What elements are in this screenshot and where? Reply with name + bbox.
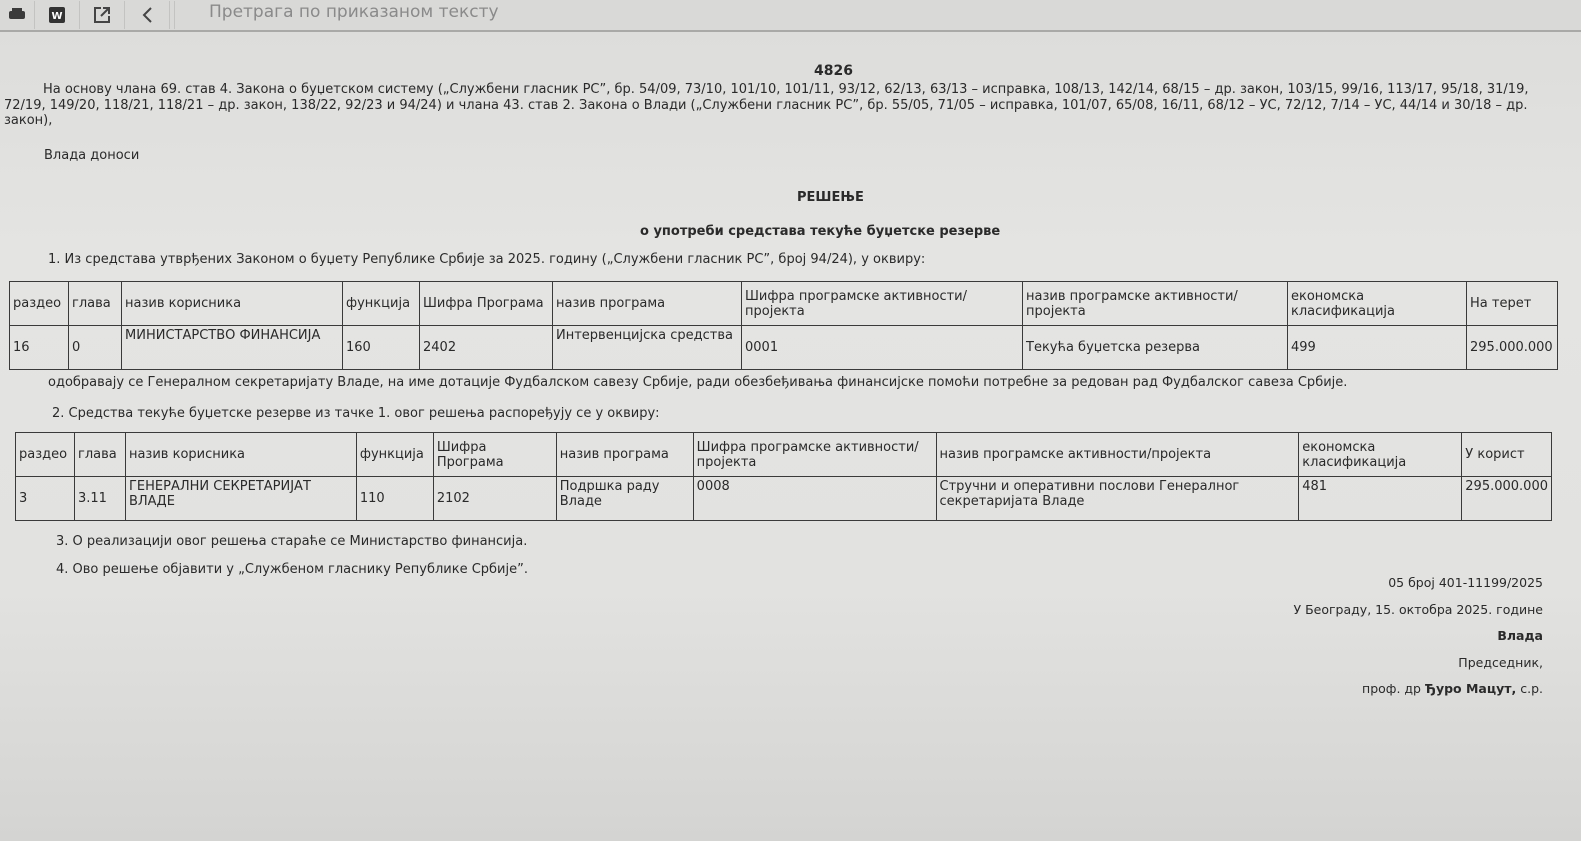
th-glava: глава bbox=[69, 282, 122, 326]
issuer-line: Влада доноси bbox=[44, 148, 139, 163]
cell-funkcija: 110 bbox=[356, 477, 433, 521]
cell-funkcija: 160 bbox=[343, 326, 420, 370]
document-number: 4826 bbox=[814, 63, 853, 79]
cell-sifra-aktivnosti: 0008 bbox=[693, 477, 936, 521]
th-razdeo: раздео bbox=[10, 282, 69, 326]
cell-razdeo: 3 bbox=[16, 477, 75, 521]
th-naziv-aktivnosti: назив програмске активности/ пројекта bbox=[1023, 282, 1288, 326]
item-4: 4. Ово решење објавити у „Службеном глас… bbox=[56, 562, 528, 577]
word-export-button[interactable]: W bbox=[35, 1, 80, 29]
th-naziv-programa: назив програма bbox=[556, 433, 693, 477]
th-sifra-aktivnosti: Шифра програмске активности/ пројекта bbox=[693, 433, 936, 477]
cell-naziv-programa: Подршка раду Владе bbox=[556, 477, 693, 521]
th-funkcija: функција bbox=[356, 433, 433, 477]
item-1-tail: одобравају се Генералном секретаријату В… bbox=[48, 375, 1347, 390]
signatory-name: Ђуро Мацут, bbox=[1425, 681, 1516, 696]
table-header-row: раздео глава назив корисника функција Ши… bbox=[16, 433, 1552, 477]
viewer-toolbar: W Претрага по приказаном тексту bbox=[0, 0, 1581, 32]
cell-sifra-aktivnosti: 0001 bbox=[742, 326, 1023, 370]
table-header-row: раздео глава назив корисника функција Ши… bbox=[10, 282, 1558, 326]
signatory-suffix: с.р. bbox=[1516, 681, 1543, 696]
table-source: раздео глава назив корисника функција Ши… bbox=[9, 281, 1558, 370]
word-icon: W bbox=[49, 7, 65, 23]
document-body: 4826 На основу члана 69. став 4. Закона … bbox=[0, 30, 1581, 841]
item-2: 2. Средства текуће буџетске резерве из т… bbox=[52, 406, 660, 421]
back-icon bbox=[141, 6, 153, 24]
cell-naziv-aktivnosti: Стручни и оперативни послови Генералног … bbox=[936, 477, 1299, 521]
cell-iznos: 295.000.000 bbox=[1462, 477, 1552, 521]
th-naziv-aktivnosti: назив програмске активности/пројекта bbox=[936, 433, 1299, 477]
cell-korisnik: ГЕНЕРАЛНИ СЕКРЕТАРИЈАТ ВЛАДЕ bbox=[125, 477, 356, 521]
cell-razdeo: 16 bbox=[10, 326, 69, 370]
table-row: 16 0 МИНИСТАРСТВО ФИНАНСИЈА 160 2402 Инт… bbox=[10, 326, 1558, 370]
cell-sifra-programa: 2402 bbox=[420, 326, 553, 370]
th-sifra-programa: Шифра Програма bbox=[420, 282, 553, 326]
cell-korisnik: МИНИСТАРСТВО ФИНАНСИЈА bbox=[122, 326, 343, 370]
signing-body: Влада bbox=[1497, 628, 1543, 643]
th-sifra-aktivnosti: Шифра програмске активности/ пројекта bbox=[742, 282, 1023, 326]
signatory-prefix: проф. др bbox=[1362, 681, 1425, 696]
print-button[interactable] bbox=[0, 1, 35, 29]
preamble: На основу члана 69. став 4. Закона о буџ… bbox=[4, 82, 1549, 129]
signatory-role: Председник, bbox=[1458, 655, 1543, 670]
open-external-button[interactable] bbox=[80, 1, 125, 29]
th-sifra-programa: Шифра Програма bbox=[433, 433, 556, 477]
cell-glava: 3.11 bbox=[74, 477, 125, 521]
cell-naziv-programa: Интервенцијска средства bbox=[553, 326, 742, 370]
item-3: 3. О реализацији овог решења стараће се … bbox=[56, 534, 527, 549]
back-button[interactable] bbox=[125, 1, 170, 29]
table-destination: раздео глава назив корисника функција Ши… bbox=[15, 432, 1552, 521]
cell-ekonomska-klasifikacija: 481 bbox=[1299, 477, 1462, 521]
cell-iznos: 295.000.000 bbox=[1467, 326, 1558, 370]
th-korisnik: назив корисника bbox=[125, 433, 356, 477]
cell-naziv-aktivnosti: Текућа буџетска резерва bbox=[1023, 326, 1288, 370]
th-razdeo: раздео bbox=[16, 433, 75, 477]
print-icon bbox=[8, 8, 26, 22]
th-ekonomska-klasifikacija: економска класификација bbox=[1299, 433, 1462, 477]
table-row: 3 3.11 ГЕНЕРАЛНИ СЕКРЕТАРИЈАТ ВЛАДЕ 110 … bbox=[16, 477, 1552, 521]
svg-text:W: W bbox=[51, 11, 62, 22]
th-ekonomska-klasifikacija: економска класификација bbox=[1288, 282, 1467, 326]
signatory: проф. др Ђуро Мацут, с.р. bbox=[1362, 681, 1543, 696]
place-date: У Београду, 15. oктобра 2025. године bbox=[1293, 602, 1543, 617]
document-title: РЕШЕЊЕ bbox=[797, 190, 864, 205]
external-link-icon bbox=[93, 6, 111, 24]
th-glava: глава bbox=[74, 433, 125, 477]
document-subtitle: о употреби средстава текуће буџетске рез… bbox=[640, 224, 1000, 239]
th-korisnik: назив корисника bbox=[122, 282, 343, 326]
search-input[interactable]: Претрага по приказаном тексту bbox=[174, 1, 1581, 29]
reference-number: 05 број 401-11199/2025 bbox=[1388, 575, 1543, 590]
th-u-korist: У корист bbox=[1462, 433, 1552, 477]
cell-sifra-programa: 2102 bbox=[433, 477, 556, 521]
cell-glava: 0 bbox=[69, 326, 122, 370]
th-funkcija: функција bbox=[343, 282, 420, 326]
item-1: 1. Из средстава утврђених Законом о буџе… bbox=[48, 252, 925, 267]
cell-ekonomska-klasifikacija: 499 bbox=[1288, 326, 1467, 370]
th-na-teret: На терет bbox=[1467, 282, 1558, 326]
th-naziv-programa: назив програма bbox=[553, 282, 742, 326]
